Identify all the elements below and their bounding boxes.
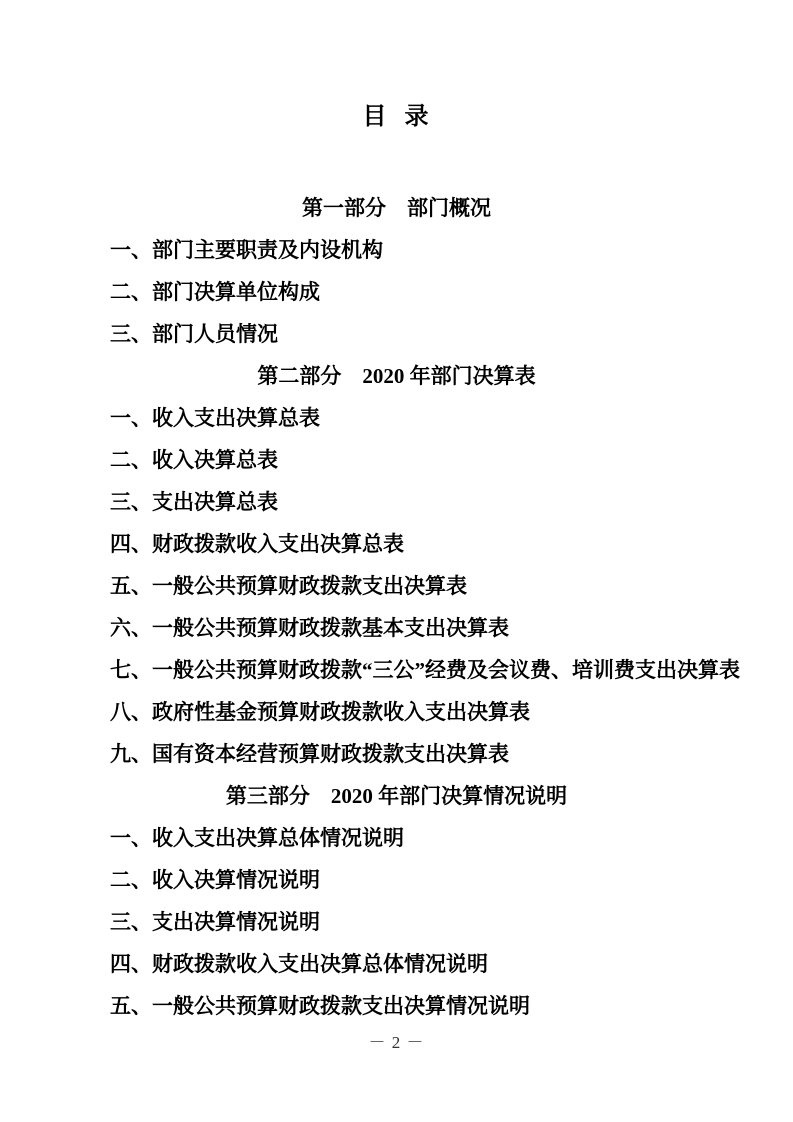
- toc-item: 九、国有资本经营预算财政拨款支出决算表: [0, 733, 793, 775]
- toc-item: 三、部门人员情况: [0, 313, 793, 355]
- toc-item: 二、收入决算总表: [0, 439, 793, 481]
- section-heading-part3: 第三部分 2020 年部门决算情况说明: [0, 775, 793, 817]
- toc-item: 一、部门主要职责及内设机构: [0, 229, 793, 271]
- toc-item: 八、政府性基金预算财政拨款收入支出决算表: [0, 691, 793, 733]
- toc-item: 六、一般公共预算财政拨款基本支出决算表: [0, 607, 793, 649]
- toc-item: 二、收入决算情况说明: [0, 859, 793, 901]
- toc-item: 四、财政拨款收入支出决算总表: [0, 523, 793, 565]
- toc-item: 一、收入支出决算总表: [0, 397, 793, 439]
- toc-item: 三、支出决算总表: [0, 481, 793, 523]
- page-number: － 2 －: [0, 1028, 793, 1053]
- section-heading-part1: 第一部分 部门概况: [0, 187, 793, 229]
- toc-item: 四、财政拨款收入支出决算总体情况说明: [0, 943, 793, 985]
- toc-item: 七、一般公共预算财政拨款“三公”经费及会议费、培训费支出决算表: [0, 649, 793, 691]
- toc-item: 五、一般公共预算财政拨款支出决算表: [0, 565, 793, 607]
- document-page: 目 录 第一部分 部门概况 一、部门主要职责及内设机构 二、部门决算单位构成 三…: [0, 0, 793, 1122]
- toc-item: 二、部门决算单位构成: [0, 271, 793, 313]
- toc-item: 五、一般公共预算财政拨款支出决算情况说明: [0, 985, 793, 1027]
- section-heading-part2: 第二部分 2020 年部门决算表: [0, 355, 793, 397]
- table-of-contents: 第一部分 部门概况 一、部门主要职责及内设机构 二、部门决算单位构成 三、部门人…: [0, 187, 793, 1027]
- page-title: 目 录: [0, 101, 793, 133]
- toc-item: 三、支出决算情况说明: [0, 901, 793, 943]
- toc-item: 一、收入支出决算总体情况说明: [0, 817, 793, 859]
